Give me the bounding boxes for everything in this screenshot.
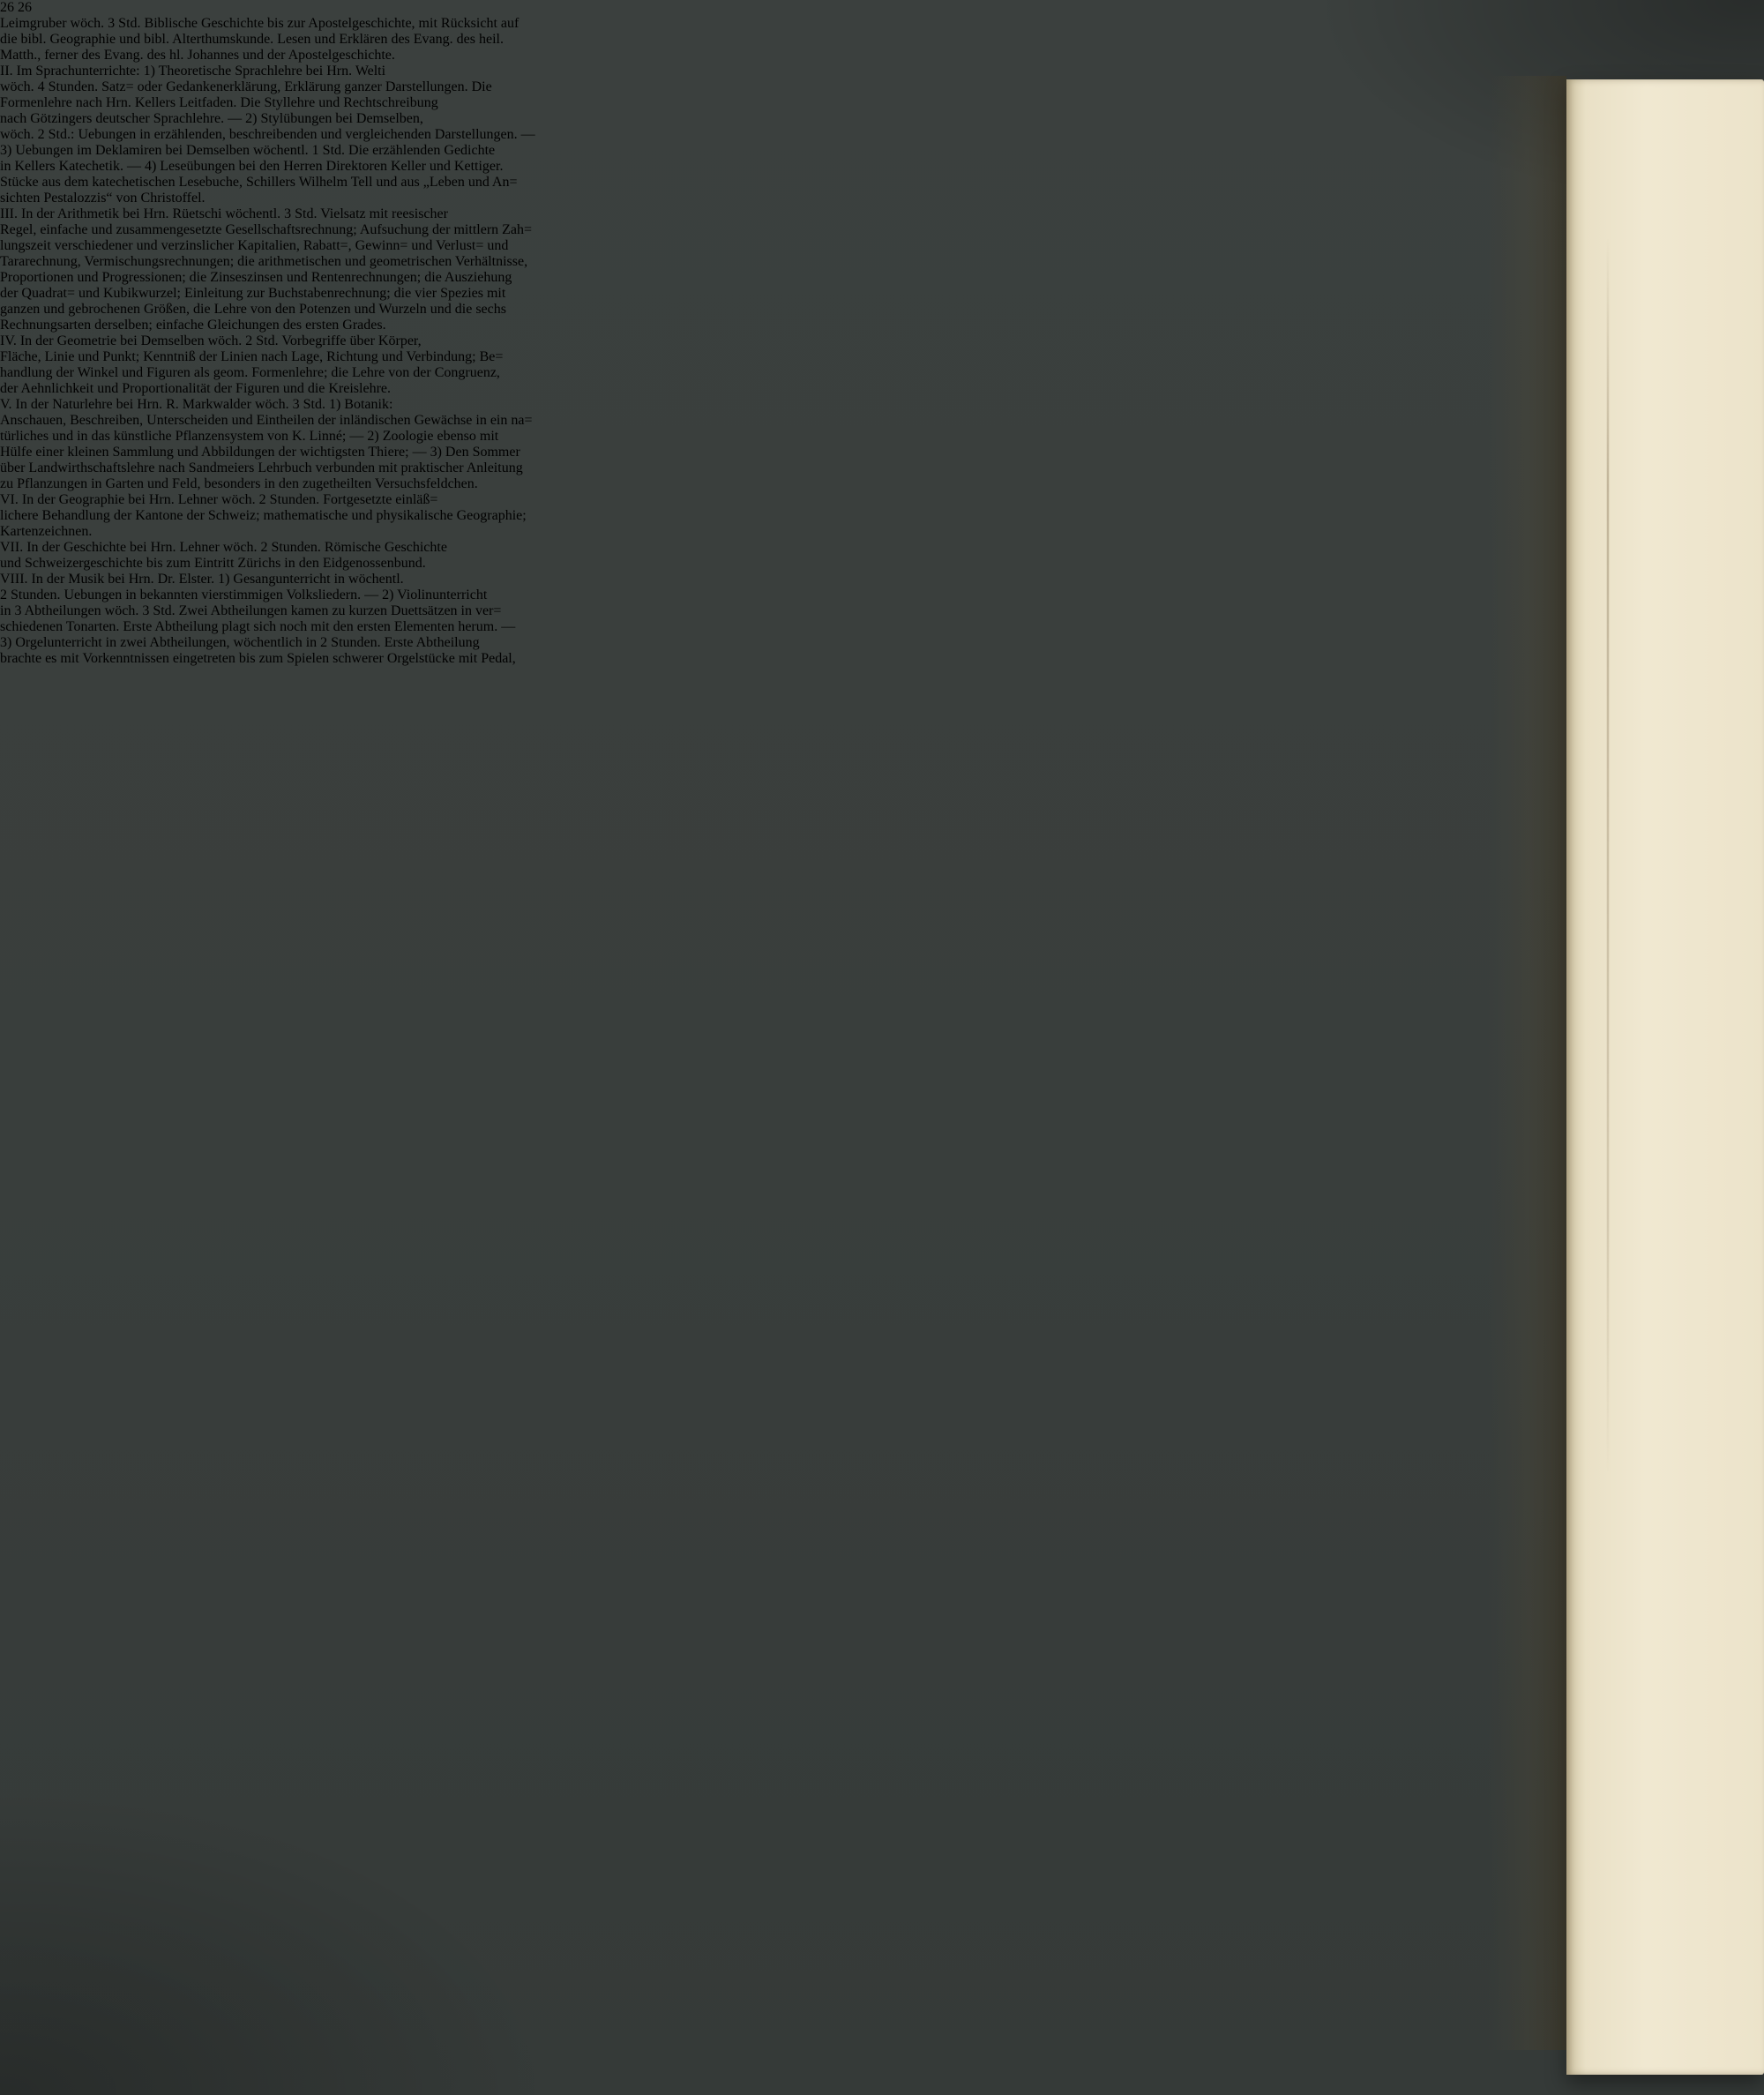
paragraph-arithmetik: III. In der Arithmetik bei Hrn. Rüetschi… (0, 206, 1764, 333)
text-line: 3) Orgelunterricht in zwei Abtheilungen,… (0, 635, 1764, 651)
book-page: 26 26 Leimgruber wöch. 3 Std. Biblische … (0, 0, 1764, 667)
adjacent-page-edge (1566, 79, 1764, 2075)
text-line: lungszeit verschiedener und verzinsliche… (0, 238, 1764, 254)
text-line: VII. In der Geschichte bei Hrn. Lehner w… (0, 540, 1764, 556)
text-line: in 3 Abtheilungen wöch. 3 Std. Zwei Abth… (0, 603, 1764, 619)
text-line: Tararechnung, Vermischungsrechnungen; di… (0, 254, 1764, 270)
text-line: V. In der Naturlehre bei Hrn. R. Markwal… (0, 397, 1764, 413)
scan-background: 26 26 Leimgruber wöch. 3 Std. Biblische … (0, 0, 1764, 2095)
text-line: und Schweizergeschichte bis zum Eintritt… (0, 556, 1764, 572)
text-line: Kartenzeichnen. (0, 524, 1764, 540)
text-line: IV. In der Geometrie bei Demselben wöch.… (0, 333, 1764, 349)
text-line: 2 Stunden. Uebungen in bekannten viersti… (0, 587, 1764, 603)
text-line: in Kellers Katechetik. — 4) Leseübungen … (0, 159, 1764, 175)
text-line: wöch. 4 Stunden. Satz= oder Gedankenerkl… (0, 79, 1764, 95)
text-line: Formenlehre nach Hrn. Kellers Leitfaden.… (0, 95, 1764, 111)
text-line: brachte es mit Vorkenntnissen eingetrete… (0, 651, 1764, 667)
paragraph-geschichte: VII. In der Geschichte bei Hrn. Lehner w… (0, 540, 1764, 572)
text-line: III. In der Arithmetik bei Hrn. Rüetschi… (0, 206, 1764, 222)
text-line: handlung der Winkel und Figuren als geom… (0, 365, 1764, 381)
text-line: Matth., ferner des Evang. des hl. Johann… (0, 48, 1764, 64)
text-line: Rechnungsarten derselben; einfache Gleic… (0, 318, 1764, 333)
text-line: sichten Pestalozzis“ von Christoffel. (0, 191, 1764, 206)
paragraph-geometrie: IV. In der Geometrie bei Demselben wöch.… (0, 333, 1764, 397)
text-line: schiedenen Tonarten. Erste Abtheilung pl… (0, 619, 1764, 635)
text-line: lichere Behandlung der Kantone der Schwe… (0, 508, 1764, 524)
text-line: Proportionen und Progressionen; die Zins… (0, 270, 1764, 286)
paragraph-sprachunterricht: II. Im Sprachunterrichte: 1) Theoretisch… (0, 64, 1764, 206)
page-number-bleedthrough: 26 (0, 0, 14, 15)
text-line: Fläche, Linie und Punkt; Kenntniß der Li… (0, 349, 1764, 365)
page-number: 26 (18, 0, 32, 15)
text-line: Hülfe einer kleinen Sammlung und Abbildu… (0, 445, 1764, 460)
paragraph-religion-continuation: Leimgruber wöch. 3 Std. Biblische Geschi… (0, 16, 1764, 64)
page-content: 26 26 Leimgruber wöch. 3 Std. Biblische … (0, 0, 1764, 667)
text-line: ganzen und gebrochenen Größen, die Lehre… (0, 302, 1764, 318)
paragraph-naturlehre: V. In der Naturlehre bei Hrn. R. Markwal… (0, 397, 1764, 492)
text-line: VI. In der Geographie bei Hrn. Lehner wö… (0, 492, 1764, 508)
text-line: Anschauen, Beschreiben, Unterscheiden un… (0, 413, 1764, 429)
text-line: türliches und in das künstliche Pflanzen… (0, 429, 1764, 445)
page-crease-line (1607, 238, 1609, 1473)
text-line: VIII. In der Musik bei Hrn. Dr. Elster. … (0, 572, 1764, 587)
text-line: II. Im Sprachunterrichte: 1) Theoretisch… (0, 64, 1764, 79)
text-line: Regel, einfache und zusammengesetzte Ges… (0, 222, 1764, 238)
paragraph-musik: VIII. In der Musik bei Hrn. Dr. Elster. … (0, 572, 1764, 667)
paragraph-geographie: VI. In der Geographie bei Hrn. Lehner wö… (0, 492, 1764, 540)
text-block: Leimgruber wöch. 3 Std. Biblische Geschi… (0, 16, 1764, 667)
text-line: der Quadrat= und Kubikwurzel; Einleitung… (0, 286, 1764, 302)
text-line: 3) Uebungen im Deklamiren bei Demselben … (0, 143, 1764, 159)
page-header: 26 26 (0, 0, 1764, 16)
text-line: über Landwirthschaftslehre nach Sandmeie… (0, 460, 1764, 476)
text-line: der Aehnlichkeit und Proportionalität de… (0, 381, 1764, 397)
text-line: die bibl. Geographie und bibl. Alterthum… (0, 32, 1764, 48)
text-line: zu Pflanzungen in Garten und Feld, beson… (0, 476, 1764, 492)
text-line: nach Götzingers deutscher Sprachlehre. —… (0, 111, 1764, 127)
bookmark-ribbon (1543, 0, 1586, 86)
text-line: wöch. 2 Std.: Uebungen in erzählenden, b… (0, 127, 1764, 143)
text-line: Stücke aus dem katechetischen Lesebuche,… (0, 175, 1764, 191)
text-line: Leimgruber wöch. 3 Std. Biblische Geschi… (0, 16, 1764, 32)
